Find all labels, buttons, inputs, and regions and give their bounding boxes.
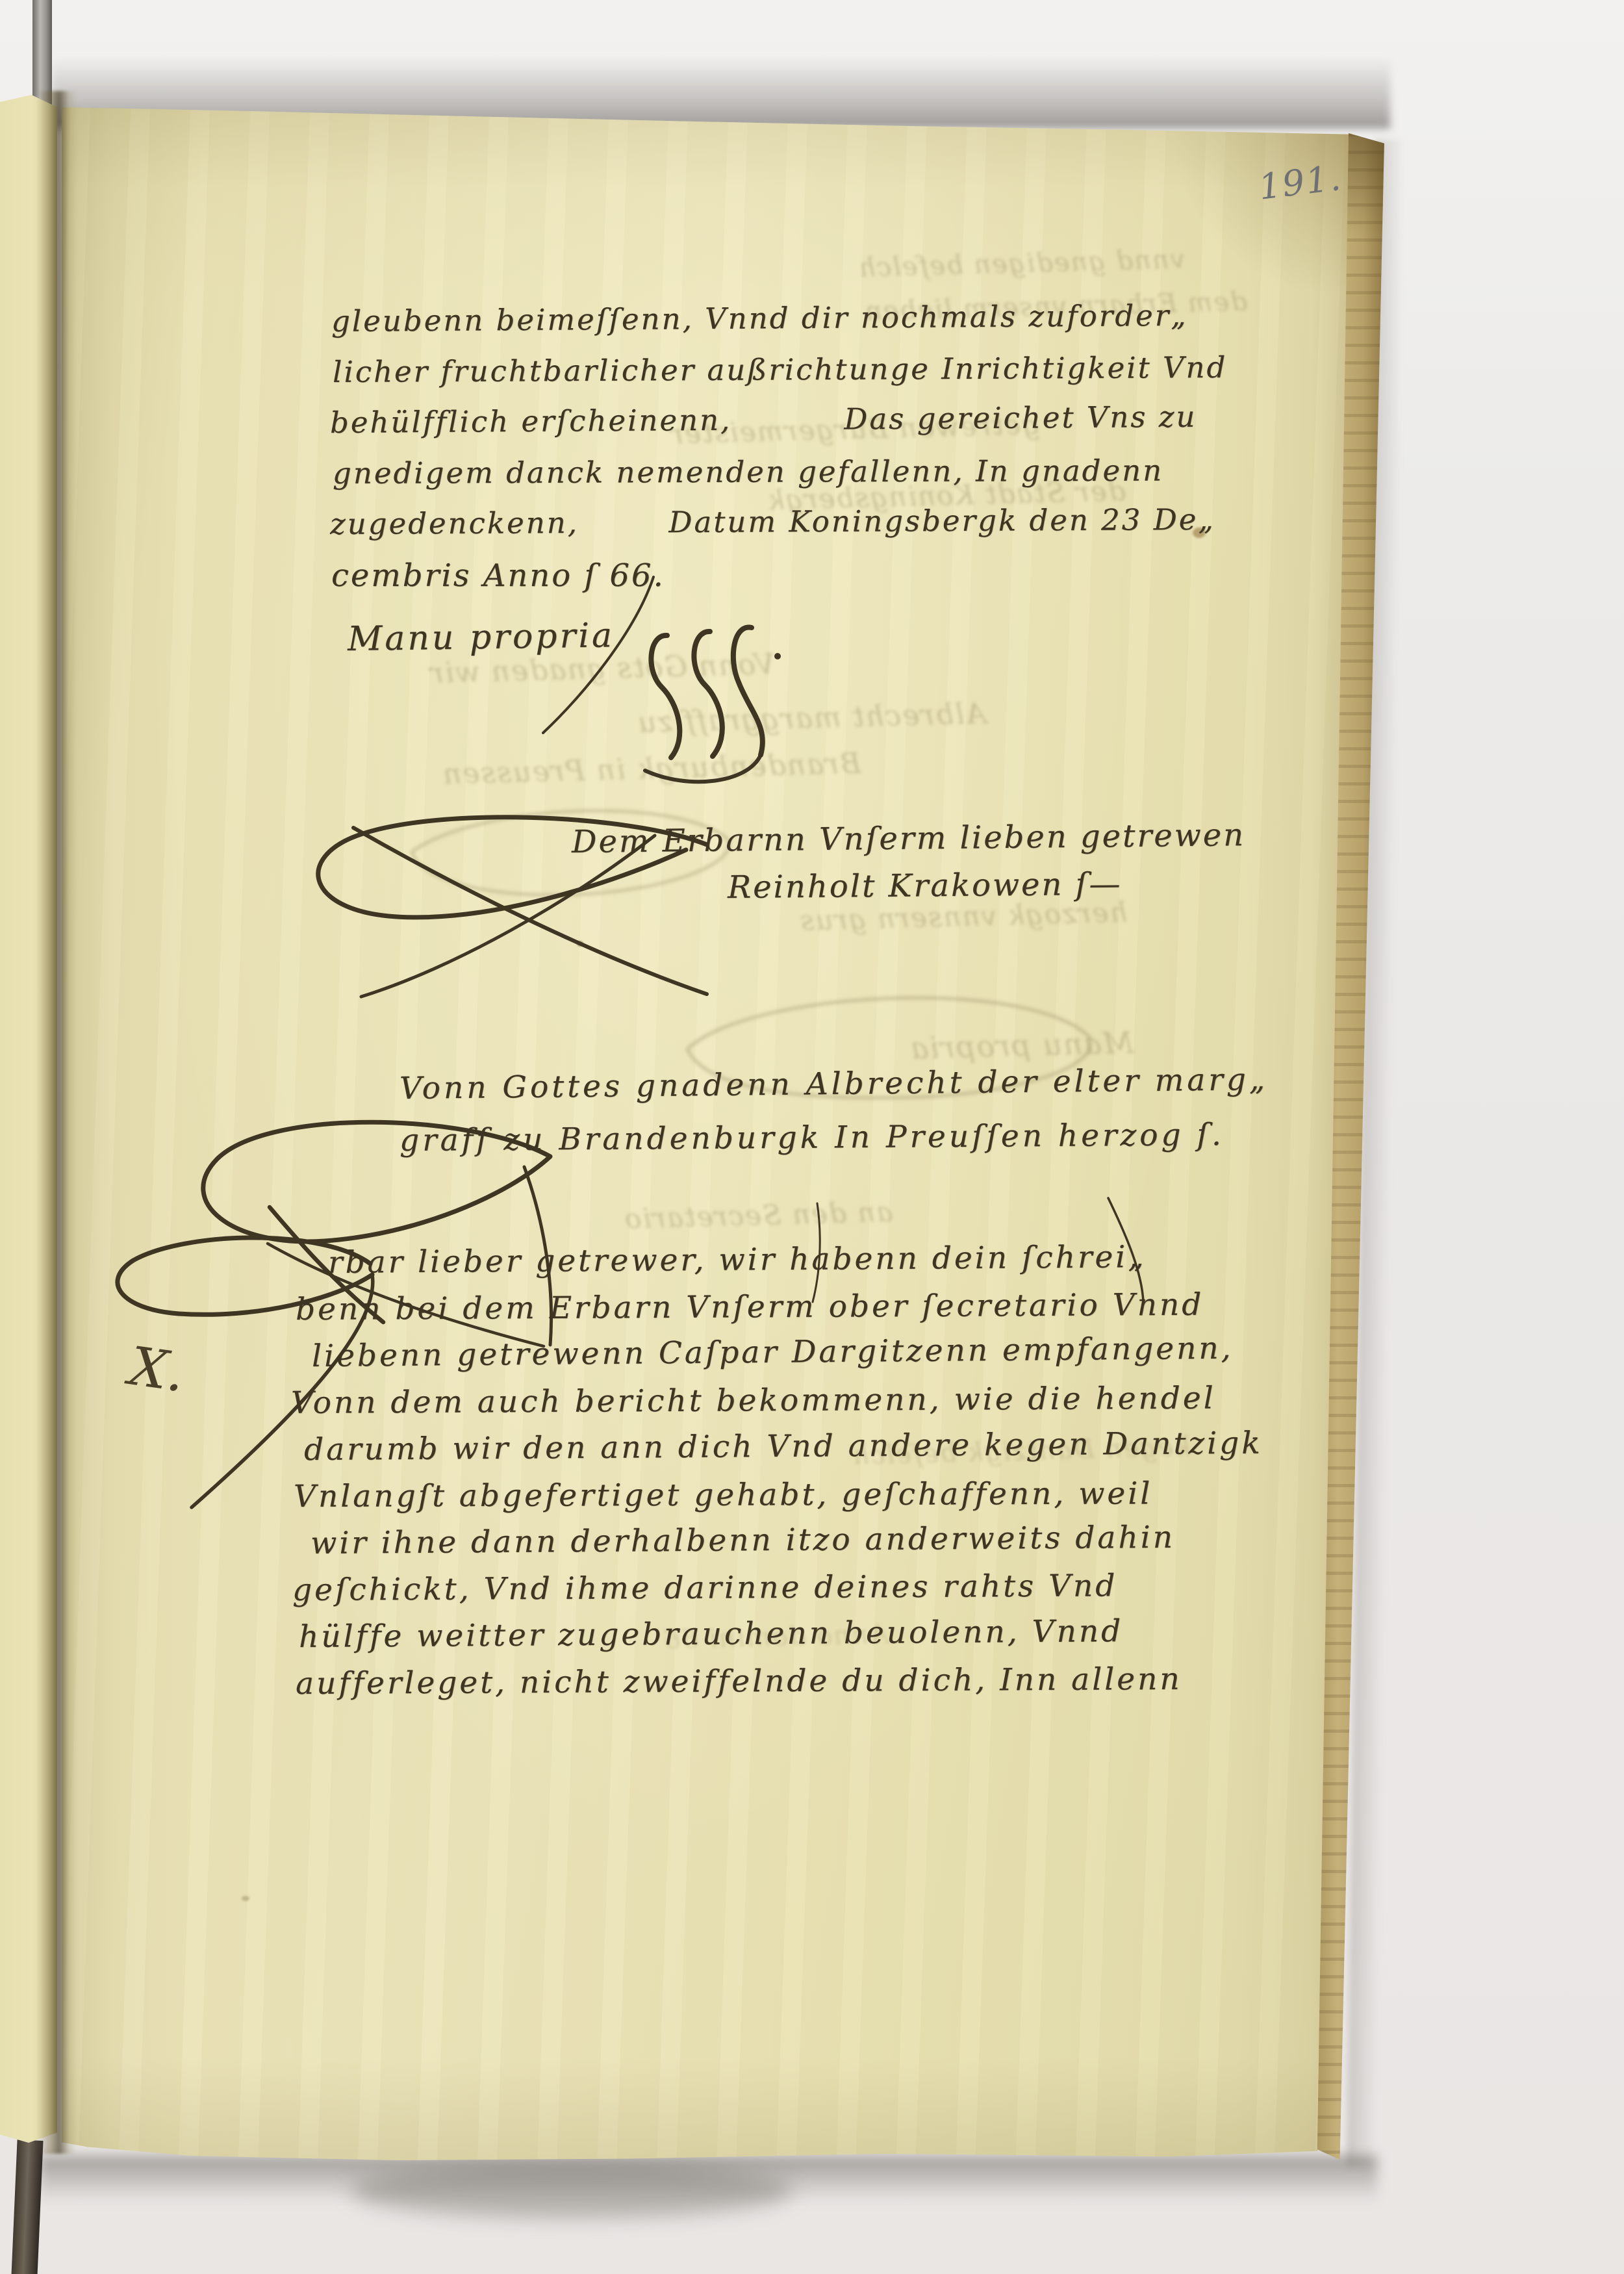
heading-line: Vonn Gottes gnadenn Albrecht der elter m… [400, 1064, 1269, 1104]
ghost-line: an den Secretario [624, 1199, 893, 1233]
gutter-shadow [38, 91, 77, 2154]
closing-line: gleubenn beimeſſenn, Vnnd dir nochmals z… [331, 301, 1188, 336]
body-line: Vnlangſt abgefertiget gehabt, geſchaffen… [294, 1478, 1152, 1512]
body-line: liebenn getrewenn Caſpar Dargitzenn empf… [312, 1333, 1234, 1372]
book-clamp-bottom [11, 2140, 43, 2274]
signature-label: Manu propria [348, 619, 615, 656]
heading-line: graff zu Brandenburgk In Preuſſen herzog… [400, 1119, 1224, 1156]
closing-line: gnedigem danck nemenden gefallenn, In gn… [333, 456, 1163, 488]
body-line: geſchickt, Vnd ihme darinne deines rahts… [292, 1570, 1118, 1605]
closing-line: behülfflich erſcheinenn, Das gereichet V… [330, 402, 1197, 437]
signature-monogram-flourish [633, 616, 786, 782]
body-line: darumb wir den ann dich Vnd andere kegen… [304, 1428, 1263, 1465]
paper-stain [242, 1896, 249, 1901]
address-line: Dem Erbarnn Vnſerm lieben getrewen [572, 819, 1246, 858]
body-line: benn bei dem Erbarn Vnſerm ober ſecretar… [296, 1290, 1204, 1325]
margin-mark-x: X. [126, 1340, 188, 1400]
page-number: 191. [1257, 160, 1344, 205]
body-line: hülffe weitter zugebrauchenn beuolenn, V… [299, 1616, 1123, 1652]
ghost-line: Manu propria [909, 1027, 1134, 1063]
closing-line: licher fruchtbarlicher außrichtunge Inri… [333, 353, 1227, 387]
bottom-edge-shadow-lobe [351, 2164, 793, 2218]
manuscript-scan: vnnd gnedigen befelch dem Erbarn vnserm … [0, 0, 1624, 2274]
body-line: aufferleget, nicht zweiffelnde du dich, … [296, 1664, 1182, 1699]
body-line: rbar lieber getrewer, wir habenn dein ſc… [328, 1242, 1147, 1278]
body-line: wir ihne dann derhalbenn itzo anderweits… [311, 1522, 1175, 1559]
address-line: Reinholt Krakowen ſ— [728, 869, 1123, 903]
closing-line: zugedenckenn, Datum Koningsbergk den 23 … [330, 505, 1215, 539]
body-line: Vonn dem auch bericht bekommenn, wie die… [291, 1383, 1216, 1418]
